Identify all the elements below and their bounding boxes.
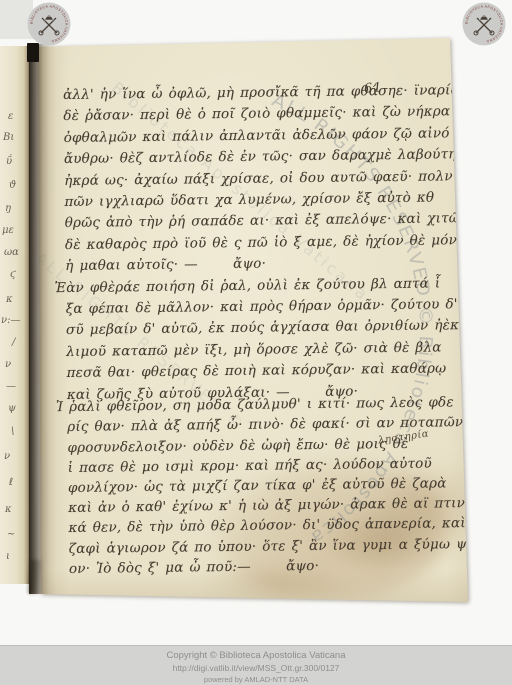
manuscript-paragraph: Ἰ ῥαλὶ φθεῖρον, ση μόδα ζαύλμυθ' ι κιτί·… — [67, 392, 454, 579]
footer-powered-by: powered by AMLAD-NTT DATA — [0, 675, 512, 684]
manuscript-paragraph: ἀλλ' ἠν ἵνα ὦ ὀφλῶ, μὴ προσἴκᾶ τῆ πα φθά… — [63, 80, 450, 277]
page-wrap: Biblioteca Apostolica Vaticana ALL RIGHT… — [0, 0, 512, 685]
seal-background — [28, 3, 71, 46]
footer-bar: Copyright © Biblioteca Apostolica Vatica… — [0, 645, 512, 685]
footer-copyright: Copyright © Biblioteca Apostolica Vatica… — [0, 650, 512, 661]
manuscript-page: Biblioteca Apostolica Vaticana ALL RIGHT… — [30, 36, 476, 606]
manuscript-scan-viewer: εΒιΰϑŋμεωαϛκν:—/ν—ψ\νℓκ~ι Biblioteca Apo… — [0, 0, 512, 685]
binding-gutter-shadow — [29, 44, 56, 594]
binding-shadow-bottom — [28, 559, 47, 594]
vatican-library-seal-icon: BIBLIOTECA APOSTOLICA VATICANA — [26, 1, 72, 47]
vatican-library-seal-icon: BIBLIOTECA APOSTOLICA VATICANA — [461, 1, 507, 47]
seal-background — [463, 3, 506, 46]
footer-url: http://digi.vatlib.it/view/MSS_Ott.gr.30… — [0, 663, 512, 673]
manuscript-paragraph: Ἐὰν φθὲράε ποιήση δἰ ῥαλ, οὐλὶ ἐκ ζούτου… — [65, 273, 452, 406]
manuscript-text: ἀλλ' ἠν ἵνα ὦ ὀφλῶ, μὴ προσἴκᾶ τῆ πα φθά… — [63, 80, 454, 579]
